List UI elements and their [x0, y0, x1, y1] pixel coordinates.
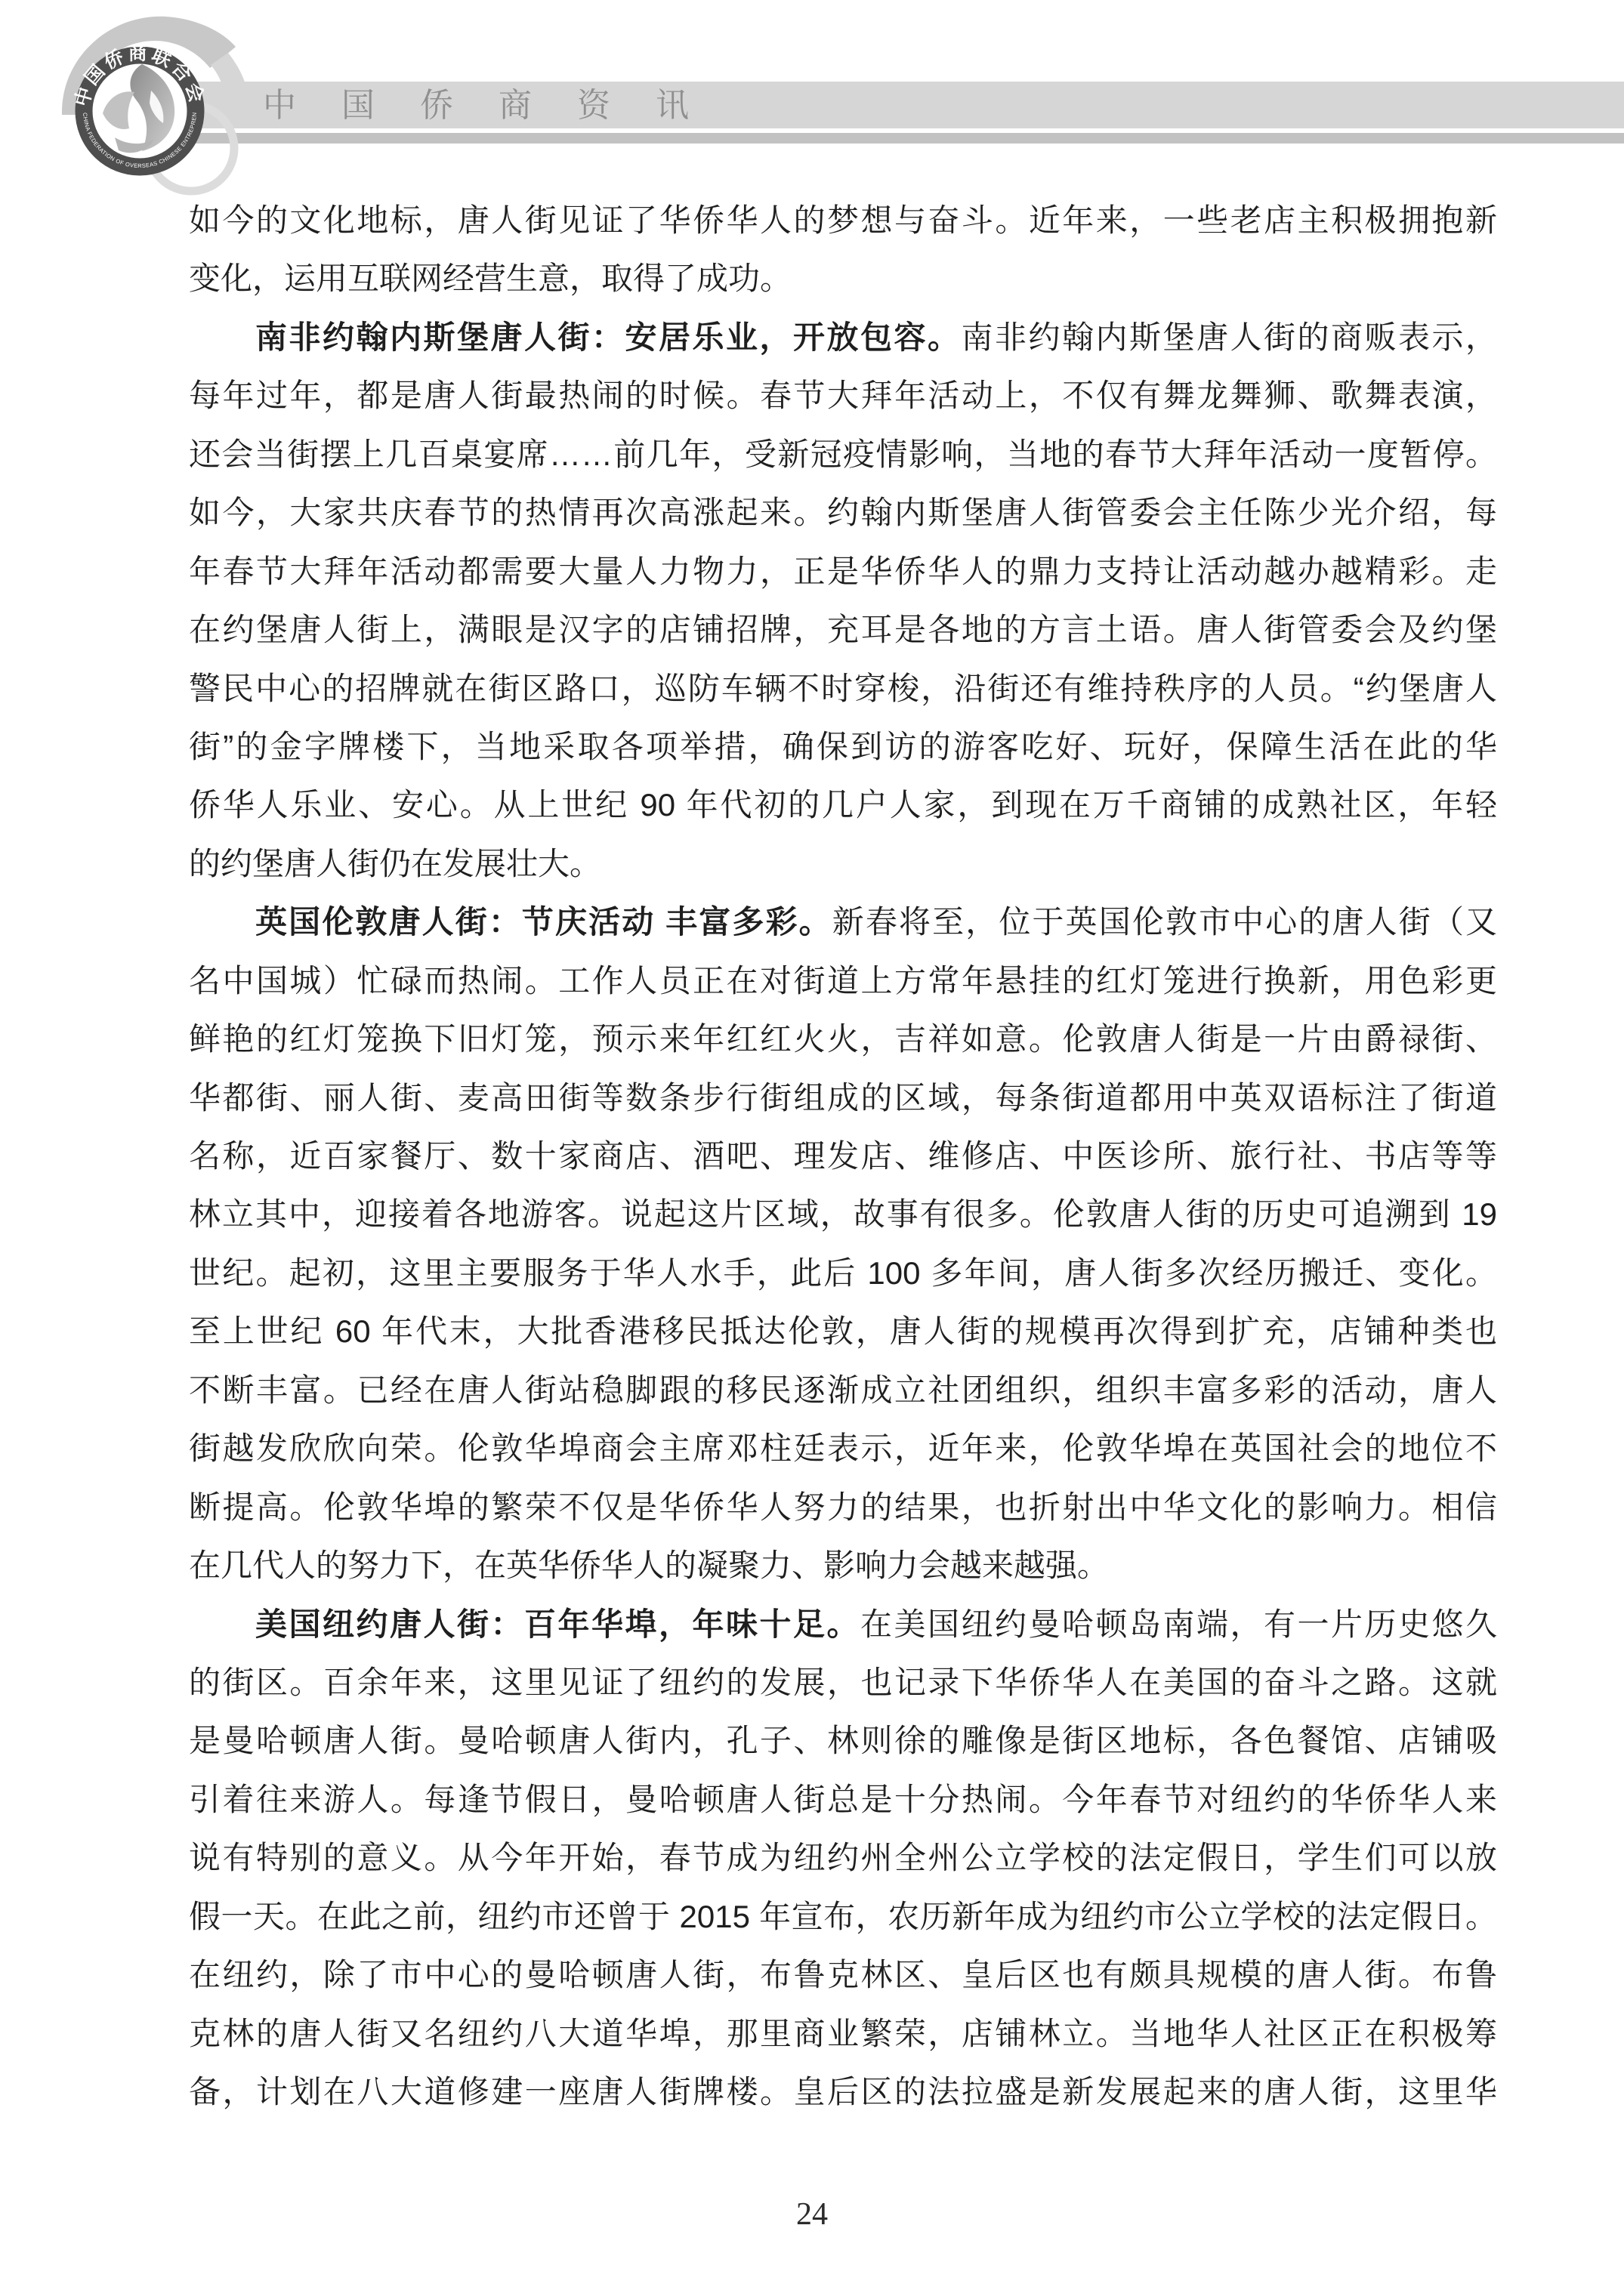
line-text: 每年过年，都是唐人街最热闹的时候。春节大拜年活动上，不仅有舞龙舞狮、歌舞表演，: [189, 378, 1497, 413]
line-text: 在美国纽约曼哈顿岛南端，有一片历史悠久: [860, 1606, 1497, 1642]
article: 如今的文化地标，唐人街见证了华侨华人的梦想与奋斗。近年来，一些老店主积极拥抱新变…: [189, 191, 1497, 2121]
bold-lead: 南非约翰内斯堡唐人街：安居乐业，开放包容。: [255, 319, 961, 355]
text-line: 至上世纪 60 年代末，大批香港移民抵达伦敦，唐人街的规模再次得到扩充，店铺种类…: [189, 1302, 1497, 1360]
line-text: 至上世纪 60 年代末，大批香港移民抵达伦敦，唐人街的规模再次得到扩充，店铺种类…: [189, 1313, 1497, 1349]
text-line: 的约堡唐人街仍在发展壮大。: [189, 835, 1497, 893]
text-line: 英国伦敦唐人街：节庆活动 丰富多彩。新春将至，位于英国伦敦市中心的唐人街（又: [189, 893, 1497, 951]
line-text: 引着往来游人。每逢节假日，曼哈顿唐人街总是十分热闹。今年春节对纽约的华侨华人来: [189, 1782, 1497, 1817]
text-line: 在纽约，除了市中心的曼哈顿唐人街，布鲁克林区、皇后区也有颇具规模的唐人街。布鲁: [189, 1946, 1497, 2004]
text-line: 断提高。伦敦华埠的繁荣不仅是华侨华人努力的结果，也折射出中华文化的影响力。相信: [189, 1478, 1497, 1536]
line-text: 在约堡唐人街上，满眼是汉字的店铺招牌，充耳是各地的方言土语。唐人街管委会及约堡: [189, 612, 1497, 647]
text-line: 变化，运用互联网经营生意，取得了成功。: [189, 249, 1497, 307]
text-line: 在几代人的努力下，在英华侨华人的凝聚力、影响力会越来越强。: [189, 1536, 1497, 1594]
text-line: 还会当街摆上几百桌宴席……前几年，受新冠疫情影响，当地的春节大拜年活动一度暂停。: [189, 425, 1497, 483]
line-text: 是曼哈顿唐人街。曼哈顿唐人街内，孔子、林则徐的雕像是街区地标，各色餐馆、店铺吸: [189, 1723, 1497, 1758]
line-text: 侨华人乐业、安心。从上世纪 90 年代初的几户人家，到现在万千商铺的成熟社区，年…: [189, 787, 1497, 822]
line-text: 变化，运用互联网经营生意，取得了成功。: [189, 261, 792, 296]
line-text: 克林的唐人街又名纽约八大道华埠，那里商业繁荣，店铺林立。当地华人社区正在积极筹: [189, 2016, 1497, 2051]
text-line: 侨华人乐业、安心。从上世纪 90 年代初的几户人家，到现在万千商铺的成熟社区，年…: [189, 776, 1497, 834]
header-subband: [169, 133, 1624, 144]
text-line: 街”的金字牌楼下，当地采取各项举措，确保到访的游客吃好、玩好，保障生活在此的华: [189, 718, 1497, 776]
text-line: 假一天。在此之前，纽约市还曾于 2015 年宣布，农历新年成为纽约市公立学校的法…: [189, 1887, 1497, 1946]
text-line: 鲜艳的红灯笼换下旧灯笼，预示来年红红火火，吉祥如意。伦敦唐人街是一片由爵禄街、: [189, 1010, 1497, 1068]
line-text: 假一天。在此之前，纽约市还曾于 2015 年宣布，农历新年成为纽约市公立学校的法…: [189, 1899, 1497, 1934]
text-line: 名中国城）忙碌而热闹。工作人员正在对街道上方常年悬挂的红灯笼进行换新，用色彩更: [189, 952, 1497, 1010]
line-text: 南非约翰内斯堡唐人街的商贩表示，: [961, 319, 1497, 355]
line-text: 名称，近百家餐厅、数十家商店、酒吧、理发店、维修店、中医诊所、旅行社、书店等等: [189, 1138, 1497, 1174]
text-line: 南非约翰内斯堡唐人街：安居乐业，开放包容。南非约翰内斯堡唐人街的商贩表示，: [189, 308, 1497, 366]
text-line: 每年过年，都是唐人街最热闹的时候。春节大拜年活动上，不仅有舞龙舞狮、歌舞表演，: [189, 366, 1497, 424]
line-text: 的街区。百余年来，这里见证了纽约的发展，也记录下华侨华人在美国的奋斗之路。这就: [189, 1665, 1497, 1700]
text-line: 世纪。起初，这里主要服务于华人水手，此后 100 多年间，唐人街多次经历搬迁、变…: [189, 1244, 1497, 1302]
text-line: 年春节大拜年活动都需要大量人力物力，正是华侨华人的鼎力支持让活动越办越精彩。走: [189, 542, 1497, 600]
text-line: 如今的文化地标，唐人街见证了华侨华人的梦想与奋斗。近年来，一些老店主积极拥抱新: [189, 191, 1497, 249]
line-text: 在几代人的努力下，在英华侨华人的凝聚力、影响力会越来越强。: [189, 1548, 1109, 1583]
line-text: 如今，大家共庆春节的热情再次高涨起来。约翰内斯堡唐人街管委会主任陈少光介绍，每: [189, 495, 1497, 530]
line-text: 断提高。伦敦华埠的繁荣不仅是华侨华人努力的结果，也折射出中华文化的影响力。相信: [189, 1489, 1497, 1525]
bold-lead: 美国纽约唐人街：百年华埠，年味十足。: [255, 1606, 860, 1642]
line-text: 年春节大拜年活动都需要大量人力物力，正是华侨华人的鼎力支持让活动越办越精彩。走: [189, 554, 1497, 589]
text-line: 华都街、丽人街、麦高田街等数条步行街组成的区域，每条街道都用中英双语标注了街道: [189, 1069, 1497, 1127]
page-number: 24: [0, 2196, 1624, 2242]
line-text: 华都街、丽人街、麦高田街等数条步行街组成的区域，每条街道都用中英双语标注了街道: [189, 1080, 1497, 1116]
line-text: 鲜艳的红灯笼换下旧灯笼，预示来年红红火火，吉祥如意。伦敦唐人街是一片由爵禄街、: [189, 1021, 1497, 1057]
text-line: 街越发欣欣向荣。伦敦华埠商会主席邓柱廷表示，近年来，伦敦华埠在英国社会的地位不: [189, 1419, 1497, 1477]
text-line: 名称，近百家餐厅、数十家商店、酒吧、理发店、维修店、中医诊所、旅行社、书店等等: [189, 1127, 1497, 1185]
text-line: 是曼哈顿唐人街。曼哈顿唐人街内，孔子、林则徐的雕像是街区地标，各色餐馆、店铺吸: [189, 1711, 1497, 1770]
text-line: 说有特别的意义。从今年开始，春节成为纽约州全州公立学校的法定假日，学生们可以放: [189, 1829, 1497, 1887]
text-line: 林立其中，迎接着各地游客。说起这片区域，故事有很多。伦敦唐人街的历史可追溯到 1…: [189, 1185, 1497, 1243]
text-line: 备，计划在八大道修建一座唐人街牌楼。皇后区的法拉盛是新发展起来的唐人街，这里华: [189, 2063, 1497, 2121]
line-text: 林立其中，迎接着各地游客。说起这片区域，故事有很多。伦敦唐人街的历史可追溯到 1…: [189, 1196, 1497, 1232]
text-line: 克林的唐人街又名纽约八大道华埠，那里商业繁荣，店铺林立。当地华人社区正在积极筹: [189, 2004, 1497, 2063]
bold-lead: 英国伦敦唐人街：节庆活动 丰富多彩。: [255, 904, 832, 940]
swoosh-shape: [211, 53, 249, 115]
line-text: 说有特别的意义。从今年开始，春节成为纽约州全州公立学校的法定假日，学生们可以放: [189, 1840, 1497, 1875]
line-text: 街越发欣欣向荣。伦敦华埠商会主席邓柱廷表示，近年来，伦敦华埠在英国社会的地位不: [189, 1430, 1497, 1466]
text-line: 警民中心的招牌就在街区路口，巡防车辆不时穿梭，沿街还有维持秩序的人员。“约堡唐人: [189, 659, 1497, 718]
text-line: 不断丰富。已经在唐人街站稳脚跟的移民逐渐成立社团组织，组织丰富多彩的活动，唐人: [189, 1361, 1497, 1419]
text-line: 如今，大家共庆春节的热情再次高涨起来。约翰内斯堡唐人街管委会主任陈少光介绍，每: [189, 483, 1497, 542]
line-text: 在纽约，除了市中心的曼哈顿唐人街，布鲁克林区、皇后区也有颇具规模的唐人街。布鲁: [189, 1957, 1497, 1992]
line-text: 不断丰富。已经在唐人街站稳脚跟的移民逐渐成立社团组织，组织丰富多彩的活动，唐人: [189, 1372, 1497, 1408]
line-text: 警民中心的招牌就在街区路口，巡防车辆不时穿梭，沿街还有维持秩序的人员。“约堡唐人: [189, 671, 1497, 706]
line-text: 如今的文化地标，唐人街见证了华侨华人的梦想与奋斗。近年来，一些老店主积极拥抱新: [189, 202, 1497, 238]
magazine-page: 中国侨商资讯 中国侨商联合会: [0, 0, 1624, 2293]
line-text: 的约堡唐人街仍在发展壮大。: [189, 846, 601, 881]
line-text: 名中国城）忙碌而热闹。工作人员正在对街道上方常年悬挂的红灯笼进行换新，用色彩更: [189, 963, 1497, 998]
text-line: 的街区。百余年来，这里见证了纽约的发展，也记录下华侨华人在美国的奋斗之路。这就: [189, 1653, 1497, 1711]
line-text: 备，计划在八大道修建一座唐人街牌楼。皇后区的法拉盛是新发展起来的唐人街，这里华: [189, 2074, 1497, 2109]
text-line: 美国纽约唐人街：百年华埠，年味十足。在美国纽约曼哈顿岛南端，有一片历史悠久: [189, 1595, 1497, 1653]
text-line: 引着往来游人。每逢节假日，曼哈顿唐人街总是十分热闹。今年春节对纽约的华侨华人来: [189, 1770, 1497, 1829]
line-text: 街”的金字牌楼下，当地采取各项举措，确保到访的游客吃好、玩好，保障生活在此的华: [189, 729, 1497, 764]
line-text: 还会当街摆上几百桌宴席……前几年，受新冠疫情影响，当地的春节大拜年活动一度暂停。: [189, 437, 1497, 472]
text-line: 在约堡唐人街上，满眼是汉字的店铺招牌，充耳是各地的方言土语。唐人街管委会及约堡: [189, 600, 1497, 659]
line-text: 世纪。起初，这里主要服务于华人水手，此后 100 多年间，唐人街多次经历搬迁、变…: [189, 1255, 1497, 1291]
header-title: 中国侨商资讯: [263, 82, 734, 128]
line-text: 新春将至，位于英国伦敦市中心的唐人街（又: [832, 904, 1497, 940]
